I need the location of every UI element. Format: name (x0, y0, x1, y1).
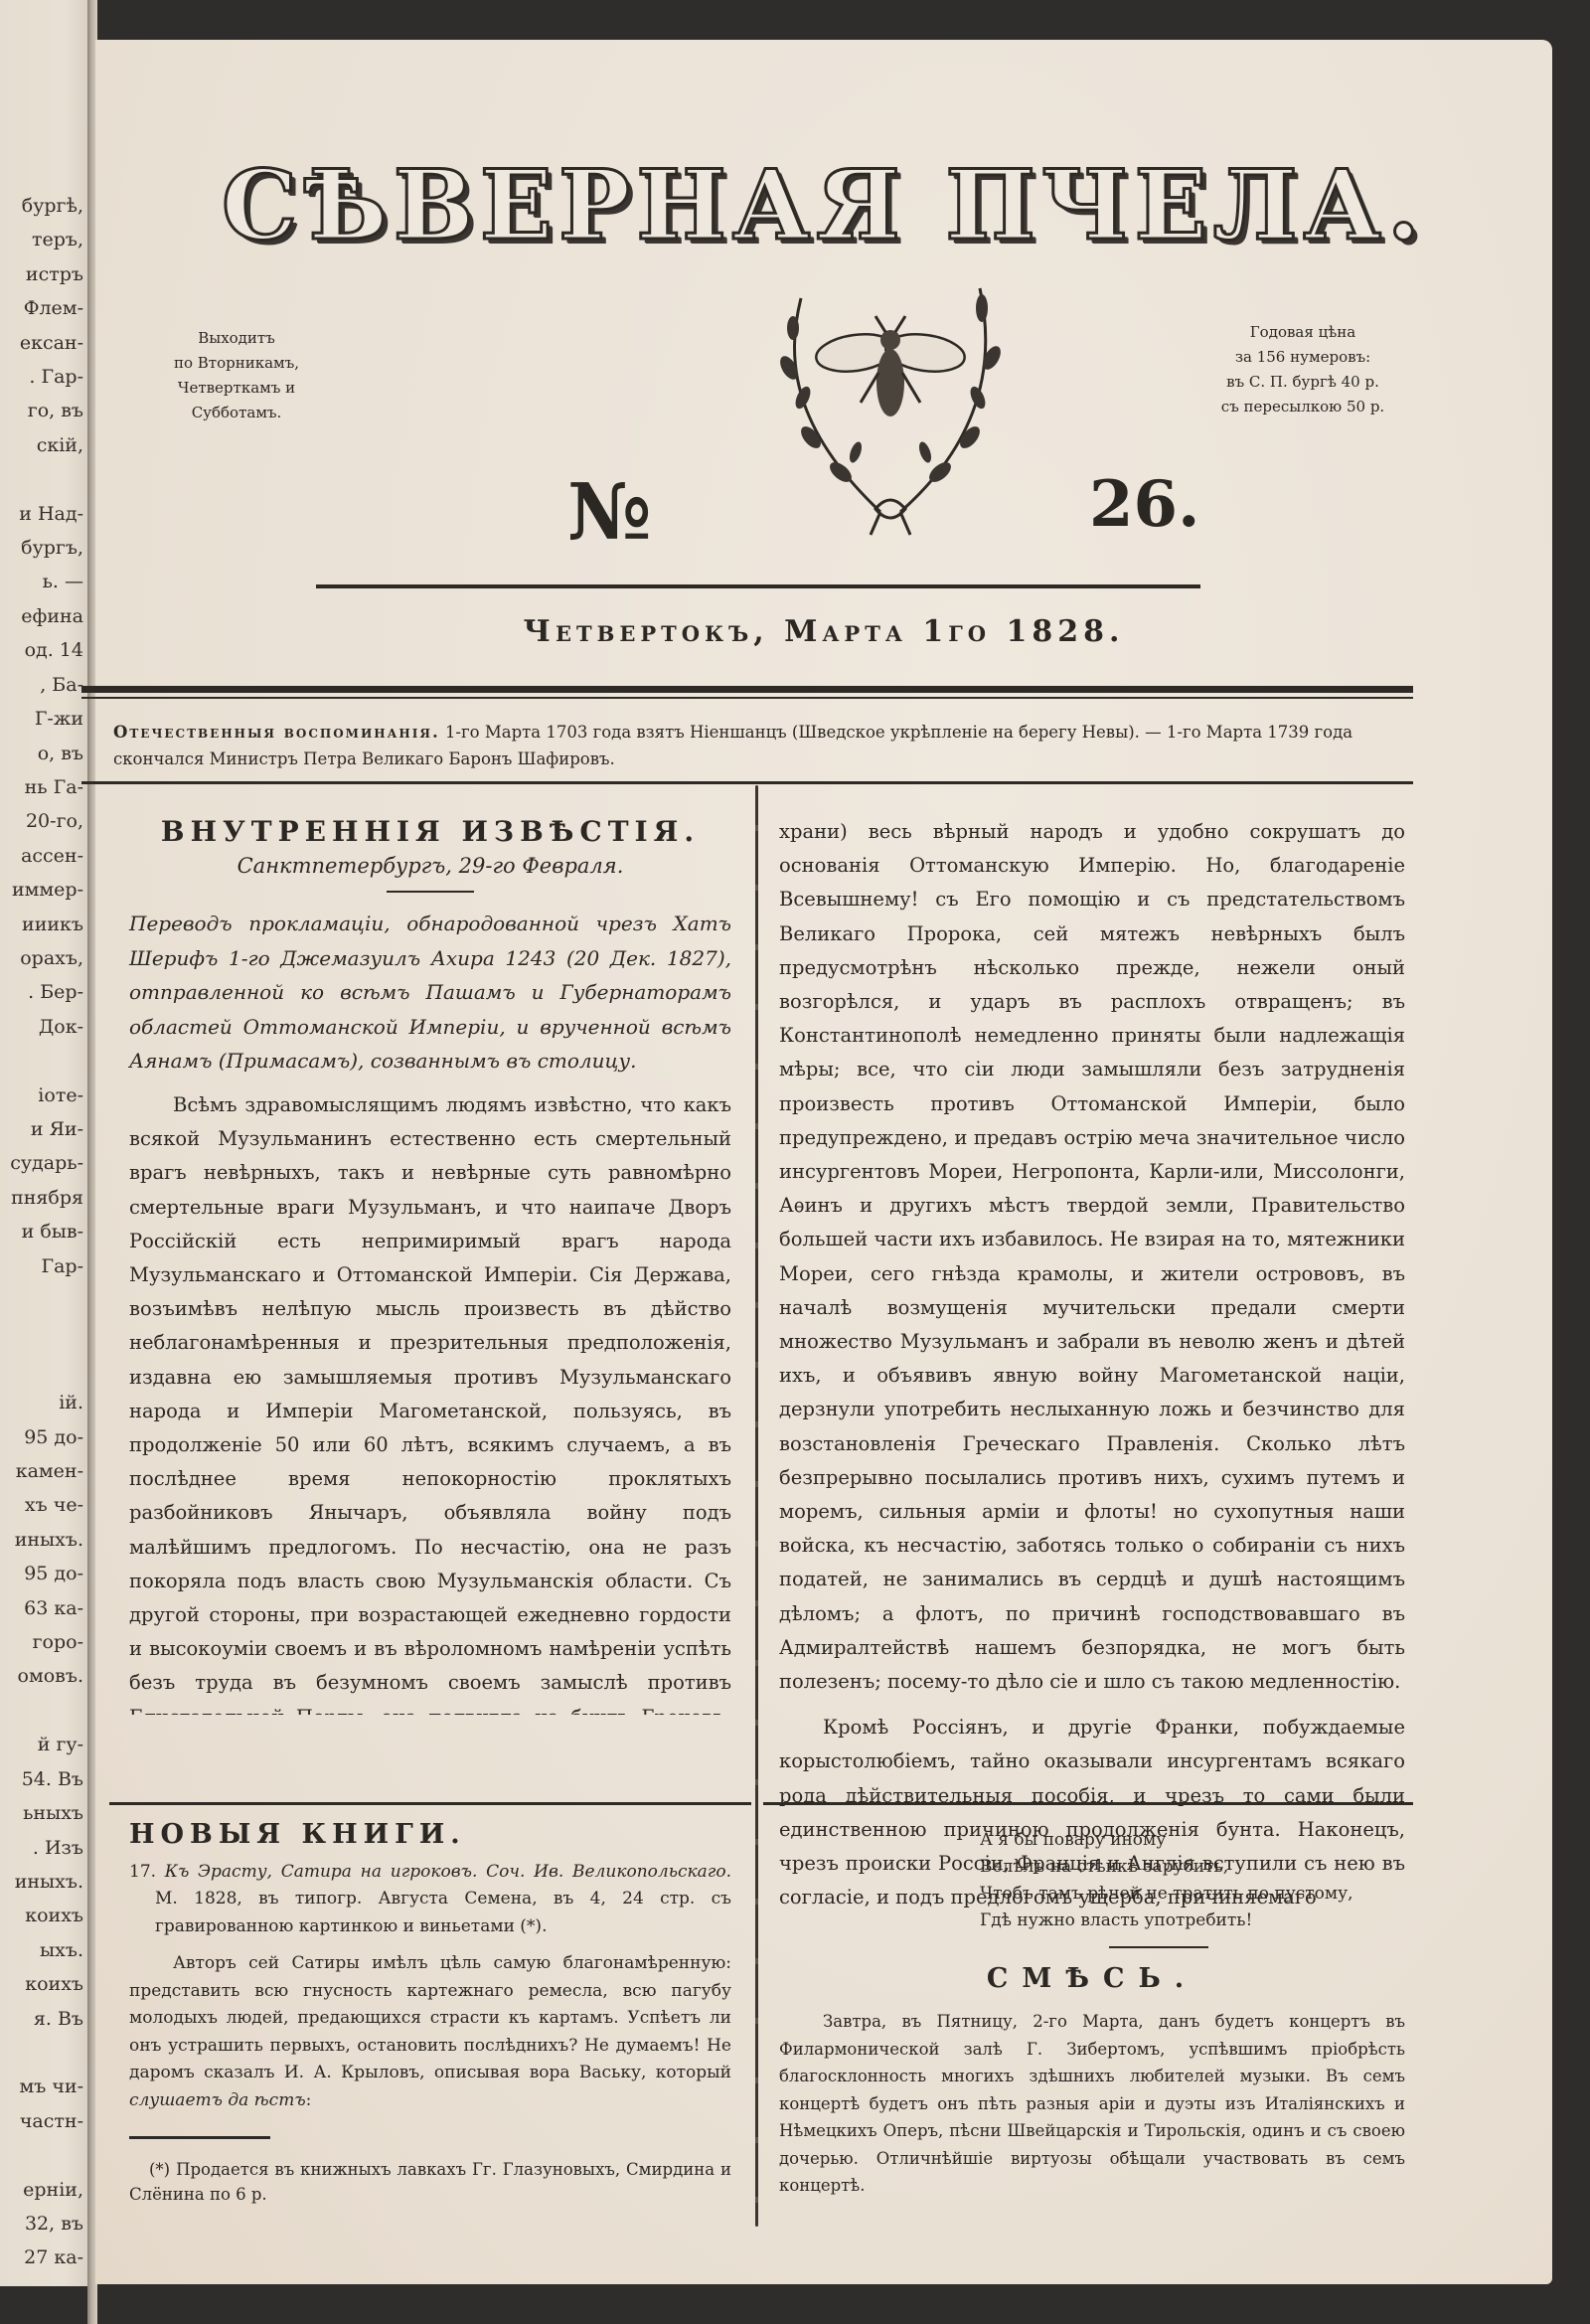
fragment-line: од. 14 (0, 633, 83, 667)
number-sign: № (567, 467, 652, 558)
price-line: въ С. П. бургѣ 40 р. (1179, 370, 1427, 395)
schedule-line: по Вторникамъ, (107, 351, 366, 376)
publication-schedule: Выходитъ по Вторникамъ, Четверткамъ и Су… (107, 326, 366, 425)
review-italic-quote: слушаетъ да ѣстъ (129, 2090, 306, 2110)
fragment-line: го, въ (0, 394, 83, 427)
fragment-line (0, 1694, 83, 1728)
fragment-line: ь. — (0, 565, 83, 598)
schedule-line: Четверткамъ и (107, 376, 366, 401)
double-rule-top (81, 686, 1413, 693)
verse-line: А я бы повару иному (980, 1827, 1353, 1854)
schedule-line: Субботамъ. (107, 401, 366, 425)
fragment-line: ексан- (0, 326, 83, 360)
fragment-line: коихъ (0, 1899, 83, 1932)
fragment-line: омовъ. (0, 1659, 83, 1693)
subscription-price: Годовая цѣна за 156 нумеровъ: въ С. П. б… (1179, 320, 1427, 419)
adjacent-page-strip: бургѣ,теръ,истръФлем-ексан-. Гар-го, въс… (0, 0, 91, 2286)
review-text: Авторъ сей Сатиры имѣлъ цѣль самую благо… (129, 1953, 731, 2082)
fragment-line (0, 2036, 83, 2070)
right-column-end-rule (763, 1802, 1413, 1805)
fragment-line: . Гар- (0, 360, 83, 394)
fragment-line: 54. Въ (0, 1762, 83, 1796)
footnote-rule (129, 2136, 270, 2139)
book-review: Авторъ сей Сатиры имѣлъ цѣль самую благо… (129, 1950, 731, 2114)
fragment-line: Г-жи (0, 702, 83, 736)
fragment-line: церк- (0, 2275, 83, 2286)
price-line: Годовая цѣна (1179, 320, 1427, 345)
book-entry: 17. Къ Эрасту, Сатира на игроковъ. Соч. … (129, 1859, 731, 1941)
verse-line: Гдѣ нужно власть употребить! (980, 1908, 1353, 1934)
fragment-line: иныхъ. (0, 1523, 83, 1557)
fragment-line: ефина (0, 599, 83, 633)
left-column-end-rule (109, 1802, 751, 1805)
fragment-line: иныхъ. (0, 1865, 83, 1899)
fragment-line (0, 2138, 83, 2172)
section-rule (81, 781, 1413, 784)
fragment-line: й гу- (0, 1728, 83, 1761)
fragment-line: 32, въ (0, 2207, 83, 2241)
section-heading-new-books: НОВЫЯ КНИГИ. (129, 1821, 731, 1849)
fragment-line: Док- (0, 1010, 83, 1044)
fragment-line: 95 до- (0, 1557, 83, 1590)
fragment-line: мъ чи- (0, 2070, 83, 2103)
miscellany-text: Завтра, въ Пятницу, 2-го Марта, данъ буд… (779, 2008, 1405, 2200)
memorial-lead: Отечественныя воспоминанія. (113, 723, 440, 742)
domestic-news-right-column: храни) весь вѣрный народъ и удобно сокру… (779, 815, 1405, 1915)
fragment-line: ерніи, (0, 2173, 83, 2207)
fragment-line: бургѣ, (0, 189, 83, 223)
newspaper-page: СѢВЕРНАЯ ПЧЕЛА. Выходитъ по Вторникамъ, … (95, 40, 1552, 2284)
footnote: (*) Продается въ книжныхъ лавкахъ Гг. Гл… (129, 2157, 731, 2207)
fragment-line: ииикъ (0, 908, 83, 941)
fragment-line (0, 1283, 83, 1317)
fragment-line: истръ (0, 257, 83, 291)
masthead-rule (316, 584, 1200, 588)
fragment-line: орахъ, (0, 941, 83, 975)
verse-line: Велѣлъ на стѣнкѣ зарубить, (980, 1854, 1353, 1881)
entry-number: 17. (129, 1862, 156, 1882)
article-paragraph-continued: храни) весь вѣрный народъ и удобно сокру… (779, 815, 1405, 1699)
fragment-line (0, 1044, 83, 1078)
fragment-line: хъ че- (0, 1488, 83, 1522)
dateline: Четвертокъ, Марта 1го 1828. (95, 614, 1552, 649)
fragment-line: 95 до- (0, 1420, 83, 1454)
place-date: Санктпетербургъ, 29-го Февраля. (129, 849, 731, 883)
fragment-line: . Бер- (0, 975, 83, 1009)
historical-memorial: Отечественныя воспоминанія. 1-го Марта 1… (113, 719, 1395, 772)
book-details: М. 1828, въ типогр. Августа Семена, въ 4… (155, 1889, 731, 1936)
fragment-line: о, въ (0, 737, 83, 770)
fragment-line (0, 462, 83, 496)
fragment-line: скій, (0, 428, 83, 462)
bee-wreath-emblem-icon (731, 278, 1049, 537)
fragment-line: горо- (0, 1625, 83, 1659)
short-rule (387, 891, 474, 893)
column-divider (755, 785, 758, 2227)
article-paragraph: Всѣмъ здравомыслящимъ людямъ извѣстно, ч… (129, 1088, 731, 1715)
domestic-news-left-column: ВНУТРЕННІЯ ИЗВѢСТІЯ. Санктпетербургъ, 29… (129, 815, 731, 1715)
fragment-line: сударь- (0, 1146, 83, 1180)
fragment-line: , Ба- (0, 668, 83, 702)
fragment-line: я. Въ (0, 2002, 83, 2036)
adjacent-page-text-fragments: бургѣ,теръ,истръФлем-ексан-. Гар-го, въс… (0, 189, 83, 2286)
fragment-line: . Изъ (0, 1831, 83, 1865)
book-title: Къ Эрасту, Сатира на игроковъ. Соч. Ив. … (165, 1862, 731, 1882)
verse-quote: А я бы повару иному Велѣлъ на стѣнкѣ зар… (980, 1827, 1353, 1934)
verse-line: Чтобъ тамъ рѣчей не тратить по пустому, (980, 1881, 1353, 1908)
fragment-line: иммер- (0, 873, 83, 907)
fragment-line: частн- (0, 2104, 83, 2138)
fragment-line: 20-го, (0, 804, 83, 838)
fragment-line (0, 1352, 83, 1386)
fragment-line: и быв- (0, 1215, 83, 1248)
masthead-title: СѢВЕРНАЯ ПЧЕЛА. (95, 149, 1552, 261)
fragment-line: ій. (0, 1386, 83, 1419)
miscellany-section: Завтра, въ Пятницу, 2-го Марта, данъ буд… (779, 2008, 1405, 2200)
issue-number: 26. (1089, 467, 1199, 542)
fragment-line: ассен- (0, 839, 83, 873)
price-line: съ пересылкою 50 р. (1179, 395, 1427, 419)
fragment-line: ыхъ. (0, 1933, 83, 1967)
section-heading-miscellany: СМѢСЬ. (779, 1963, 1405, 1994)
fragment-line: іоте- (0, 1079, 83, 1112)
double-rule-bottom (81, 697, 1413, 699)
fragment-line: и Яи- (0, 1112, 83, 1146)
schedule-line: Выходитъ (107, 326, 366, 351)
new-books-section: НОВЫЯ КНИГИ. 17. Къ Эрасту, Сатира на иг… (129, 1821, 731, 2207)
fragment-line: теръ, (0, 223, 83, 256)
fragment-line: коихъ (0, 1967, 83, 2001)
fragment-line: камен- (0, 1454, 83, 1488)
fragment-line: 63 ка- (0, 1591, 83, 1625)
review-end: : (306, 2090, 312, 2110)
fragment-line: Гар- (0, 1249, 83, 1283)
fragment-line: нь Га- (0, 770, 83, 804)
fragment-line: 27 ка- (0, 2241, 83, 2274)
fragment-line: бургъ, (0, 531, 83, 565)
section-heading-domestic-news: ВНУТРЕННІЯ ИЗВѢСТІЯ. (129, 815, 731, 849)
short-rule (1109, 1946, 1208, 1948)
proclamation-intro: Переводъ прокламаціи, обнародованной чре… (129, 907, 731, 1079)
fragment-line: Флем- (0, 291, 83, 325)
fragment-line: и Над- (0, 497, 83, 531)
price-line: за 156 нумеровъ: (1179, 345, 1427, 370)
fragment-line: ьныхъ (0, 1796, 83, 1830)
fragment-line (0, 1317, 83, 1351)
fragment-line: пнября (0, 1181, 83, 1215)
